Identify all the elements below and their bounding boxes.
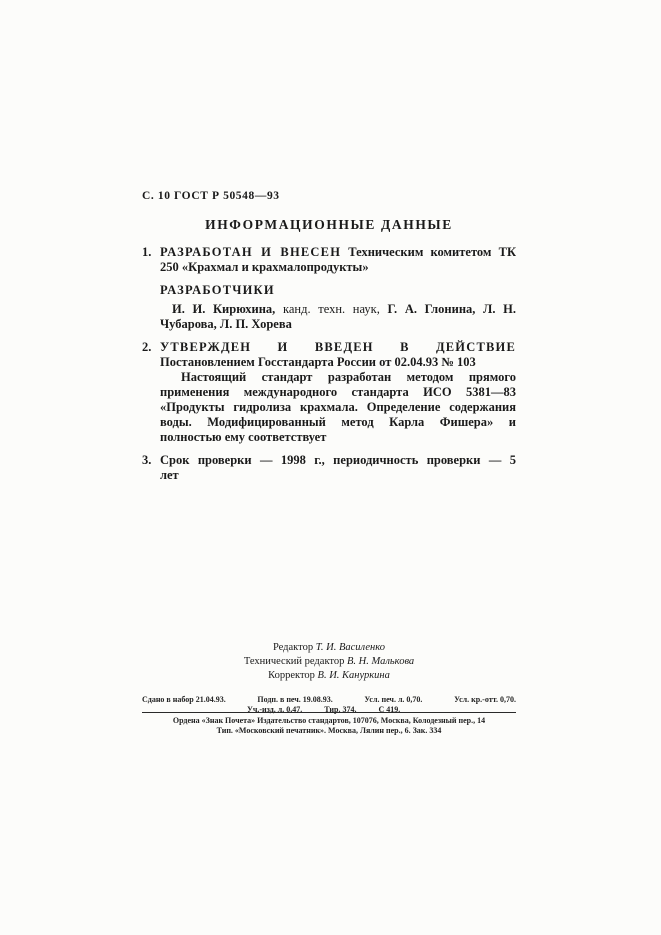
editor-line: Редактор Т. И. Василенко (142, 641, 516, 655)
publisher-line-2: Тип. «Московский печатник». Москва, Ляли… (142, 726, 516, 736)
corrector-role: Корректор (268, 670, 315, 681)
imprint-pub-sheets: Уч.-изд. л. 0,47. (247, 705, 302, 715)
item-2-body: Постановлением Госстандарта России от 02… (160, 355, 476, 369)
page-header: С. 10 ГОСТ Р 50548—93 (142, 190, 516, 202)
colophon-divider (142, 712, 516, 713)
item-2-lead: УТВЕРЖДЕН И ВВЕДЕН В ДЕЙСТВИЕ (160, 340, 516, 354)
editor-name: Т. И. Василенко (316, 642, 385, 653)
item-1-lead: РАЗРАБОТАН И ВНЕСЕН (160, 245, 341, 259)
item-3-number: 3. (142, 453, 160, 483)
item-1-developed: 1. РАЗРАБОТАН И ВНЕСЕН Техническим комит… (142, 245, 516, 275)
item-2-note: Настоящий стандарт разработан методом пр… (160, 370, 516, 445)
publisher-line-1: Ордена «Знак Почета» Издательство станда… (142, 716, 516, 726)
document-title: ИНФОРМАЦИОННЫЕ ДАННЫЕ (142, 217, 516, 233)
editors-block: Редактор Т. И. Василенко Технический ред… (142, 641, 516, 684)
developers-block: РАЗРАБОТЧИКИ И. И. Кирюхина, канд. техн.… (142, 283, 516, 332)
tech-editor-line: Технический редактор В. Н. Малькова (142, 655, 516, 669)
developers-subheading: РАЗРАБОТЧИКИ (160, 283, 516, 298)
tech-editor-name: В. Н. Малькова (347, 656, 414, 667)
item-2-approved: 2. УТВЕРЖДЕН И ВВЕДЕН В ДЕЙСТВИЕ Постано… (142, 340, 516, 445)
corrector-line: Корректор В. И. Кануркина (142, 669, 516, 683)
item-2-number: 2. (142, 340, 160, 445)
imprint-circulation: Тир. 374. (324, 705, 356, 715)
imprint-row-1: Сдано в набор 21.04.93. Подп. в печ. 19.… (142, 695, 516, 705)
developer-degree: канд. техн. наук, (283, 302, 380, 316)
imprint-ink-sheets: Усл. кр.-отт. 0,70. (454, 695, 516, 705)
imprint-typeset-date: Сдано в набор 21.04.93. (142, 695, 226, 705)
item-1-text: РАЗРАБОТАН И ВНЕСЕН Техническим комитето… (160, 245, 516, 275)
imprint-print-date: Подп. в печ. 19.08.93. (257, 695, 332, 705)
item-3-review-term: 3. Срок проверки — 1998 г., периодичност… (142, 453, 516, 483)
imprint-print-sheets: Усл. печ. л. 0,70. (364, 695, 422, 705)
item-1-number: 1. (142, 245, 160, 275)
developers-names: И. И. Кирюхина, канд. техн. наук, Г. А. … (160, 302, 516, 332)
informational-data-section: 1. РАЗРАБОТАН И ВНЕСЕН Техническим комит… (142, 245, 516, 483)
item-3-text: Срок проверки — 1998 г., периодичность п… (160, 453, 516, 483)
publisher-block: Ордена «Знак Почета» Издательство станда… (142, 716, 516, 736)
editor-role: Редактор (273, 642, 313, 653)
item-2-text: УТВЕРЖДЕН И ВВЕДЕН В ДЕЙСТВИЕ Постановле… (160, 340, 516, 445)
imprint-row-2: Уч.-изд. л. 0,47. Тир. 374. С 419. (247, 705, 516, 715)
corrector-name: В. И. Кануркина (318, 670, 390, 681)
developers-subheading-label: РАЗРАБОТЧИКИ (160, 283, 275, 297)
developer-name-1: И. И. Кирюхина, (172, 302, 275, 316)
document-page: С. 10 ГОСТ Р 50548—93 ИНФОРМАЦИОННЫЕ ДАН… (0, 0, 661, 935)
tech-editor-role: Технический редактор (244, 656, 345, 667)
imprint-price-code: С 419. (378, 705, 400, 715)
